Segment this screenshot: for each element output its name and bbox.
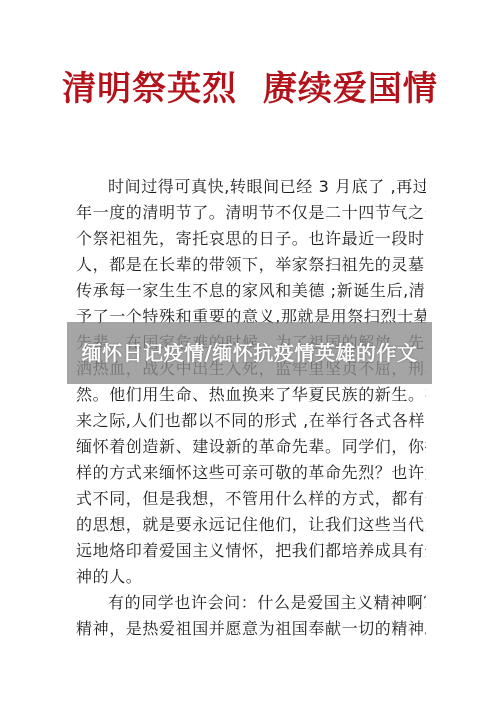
body-line: 然。他们用生命、热血换来了华夏民族的新生。在清明节到	[76, 382, 426, 408]
body-line: 式不同，但是我想，不管用什么样的方式，都有一个最朴素	[76, 486, 426, 512]
body-line: 有的同学也许会问：什么是爱国主义精神啊？爱国主义	[76, 590, 426, 616]
body-line: 远地烙印着爱国主义情怀，把我们都培养成具有爱国主义精	[76, 538, 426, 564]
body-line: 来之际,人们也都以不同的形式 ,在举行各式各样的纪念活动，	[76, 408, 426, 434]
body-line: 传承每一家生生不息的家风和美德 ;新诞生后,清明节又被赋	[76, 278, 426, 304]
body-line: 人，都是在长辈的带领下，举家祭扫祖先的灵墓，目的是在	[76, 252, 426, 278]
body-line: 时间过得可真快,转眼间已经 3 月底了 ,再过几天就是一	[76, 174, 426, 200]
document-body: 时间过得可真快,转眼间已经 3 月底了 ,再过几天就是一 年一度的清明节了。清明…	[76, 174, 426, 642]
body-line: 神的人。	[76, 564, 426, 590]
document-page: 清明祭英烈 赓续爱国情 时间过得可真快,转眼间已经 3 月底了 ,再过几天就是一…	[0, 0, 500, 707]
document-title: 清明祭英烈 赓续爱国情	[0, 68, 500, 110]
overlay-title-banner[interactable]: 缅怀日记疫情/缅怀抗疫情英雄的作文	[67, 322, 432, 384]
body-line: 精神，是热爱祖国并愿意为祖国奉献一切的精神。它同为国	[76, 616, 426, 642]
body-line: 样的方式来缅怀这些可亲可敬的革命先烈？也许大家的方	[76, 460, 426, 486]
banner-title: 缅怀日记疫情/缅怀抗疫情英雄的作文	[76, 341, 424, 365]
body-line: 年一度的清明节了。清明节不仅是二十四节气之一，还是一	[76, 200, 426, 226]
body-line: 个祭祀祖先，寄托哀思的日子。也许最近一段时间，每一家	[76, 226, 426, 252]
body-line: 缅怀着创造新、建设新的革命先辈。同学们，你打算用什么	[76, 434, 426, 460]
body-line: 的思想，就是要永远记住他们，让我们这些当代人，能够永	[76, 512, 426, 538]
